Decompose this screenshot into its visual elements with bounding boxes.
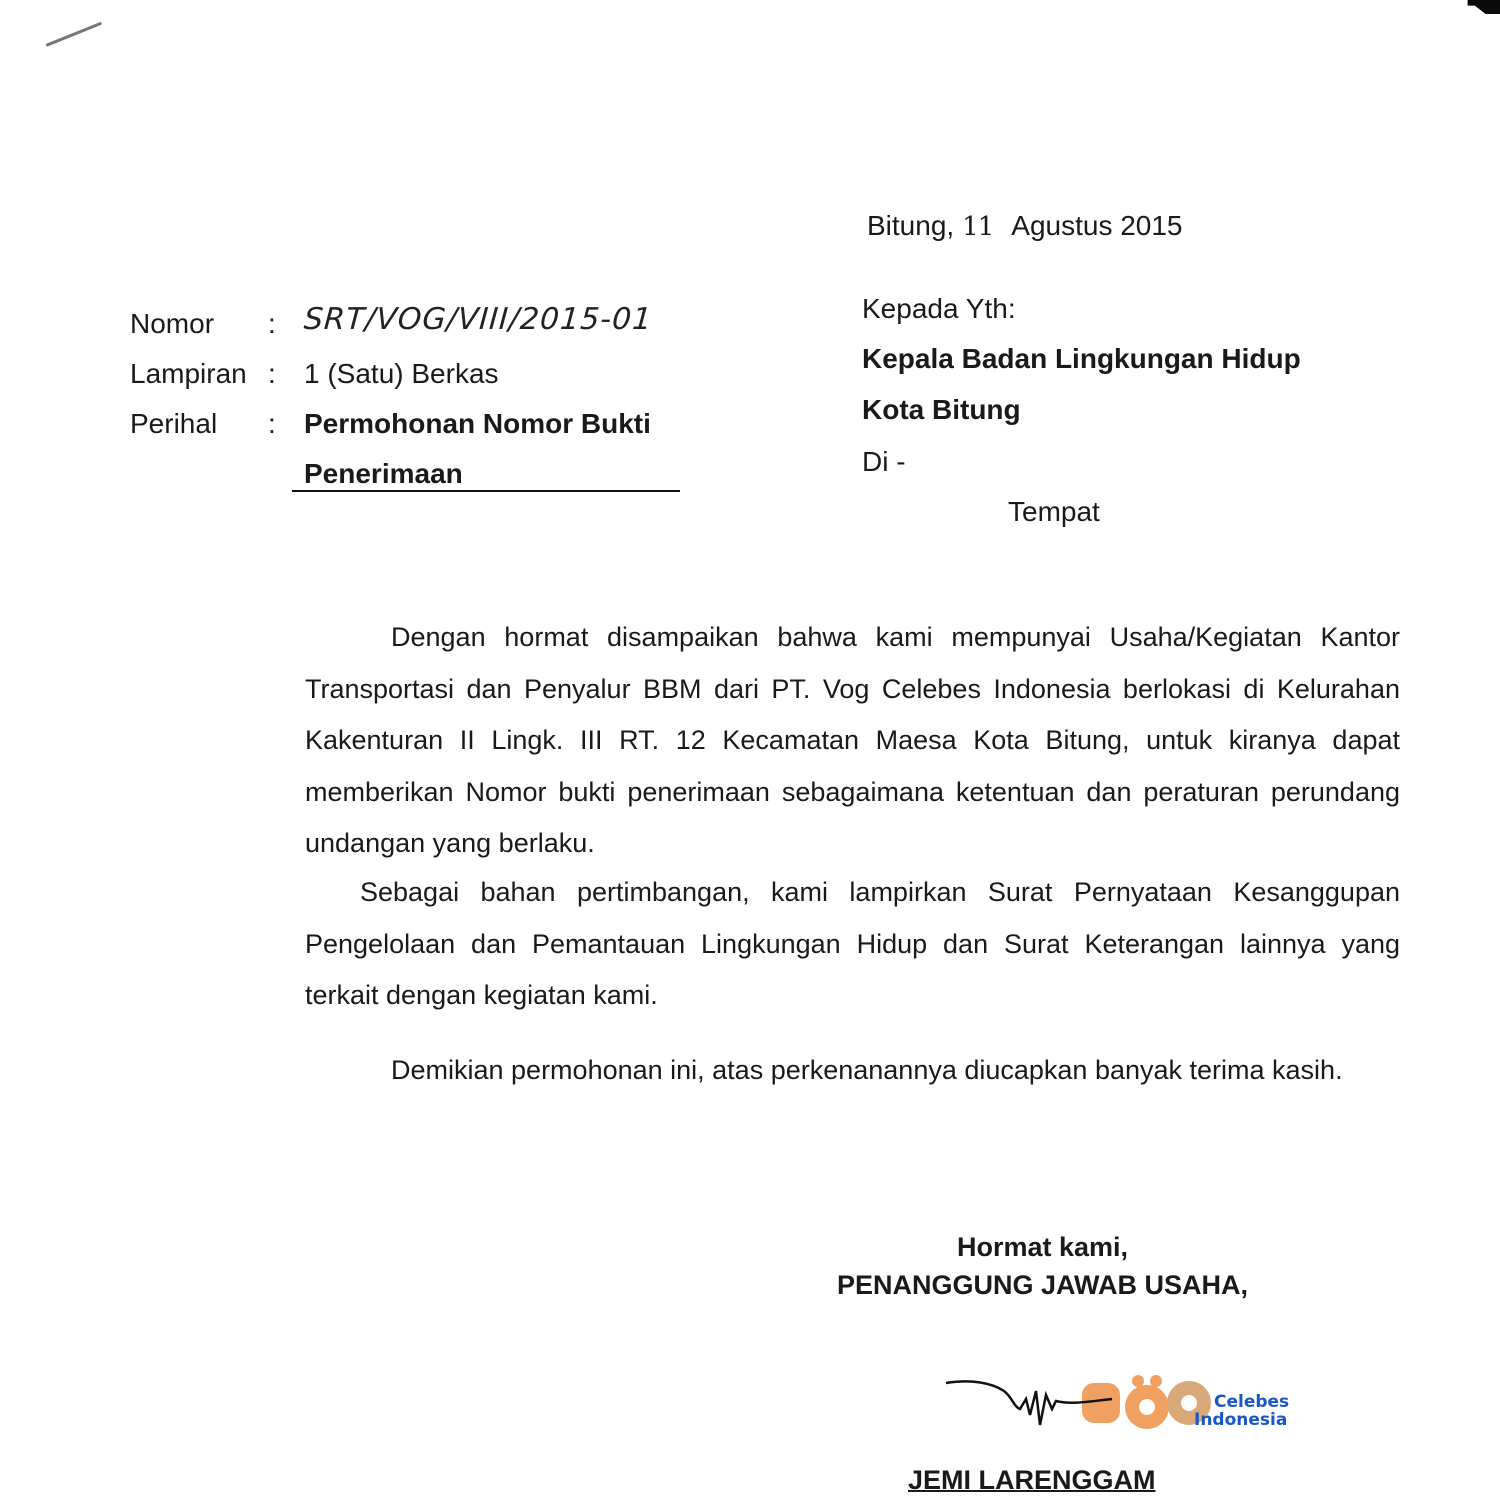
pen-mark [45,22,102,47]
meta-label: Perihal [130,408,217,440]
closing-position: PENANGGUNG JAWAB USAHA, [815,1270,1270,1301]
recipient-di: Di - [862,446,906,478]
subject-underline [292,490,680,492]
company-logo-icon: Celebes Indonesia [1082,1375,1289,1430]
recipient-greeting: Kepada Yth: [862,293,1016,325]
letter-date: Bitung,11Agustus 2015 [867,210,1183,242]
meta-value-perihal: Permohonan Nomor Bukti [304,408,651,440]
paragraph-text: Dengan hormat disampaikan bahwa kami mem… [305,612,1400,870]
meta-colon: : [268,308,276,340]
svg-text:Indonesia: Indonesia [1194,1410,1287,1430]
meta-value-nomor: SRT/VOG/VIII/2015-01 [303,302,654,337]
recipient-place: Tempat [1008,496,1100,528]
body-paragraph-1: Dengan hormat disampaikan bahwa kami mem… [305,612,1400,870]
paragraph-text: Demikian permohonan ini, atas perkenanan… [305,1045,1400,1097]
body-paragraph-3: Demikian permohonan ini, atas perkenanan… [305,1045,1400,1097]
date-month-year: Agustus 2015 [1011,210,1182,241]
closing-salutation: Hormat kami, [815,1232,1270,1263]
paragraph-text: Sebagai bahan pertimbangan, kami lampirk… [305,867,1400,1022]
date-city: Bitung, [867,210,954,241]
meta-value-perihal-line2: Penerimaan [304,458,463,490]
scan-corner-mark [1464,0,1500,14]
meta-label: Lampiran [130,358,247,390]
date-day: 11 [962,212,993,242]
signer-name: JEMI LARENGGAM [908,1465,1156,1496]
body-paragraph-2: Sebagai bahan pertimbangan, kami lampirk… [305,867,1400,1022]
signature-and-company-stamp: Celebes Indonesia [942,1365,1332,1455]
recipient-line1: Kepala Badan Lingkungan Hidup [862,343,1301,375]
meta-colon: : [268,408,276,440]
meta-colon: : [268,358,276,390]
svg-text:Celebes: Celebes [1214,1392,1289,1412]
meta-label: Nomor [130,308,214,340]
recipient-line2: Kota Bitung [862,394,1021,426]
meta-value-lampiran: 1 (Satu) Berkas [304,358,499,390]
